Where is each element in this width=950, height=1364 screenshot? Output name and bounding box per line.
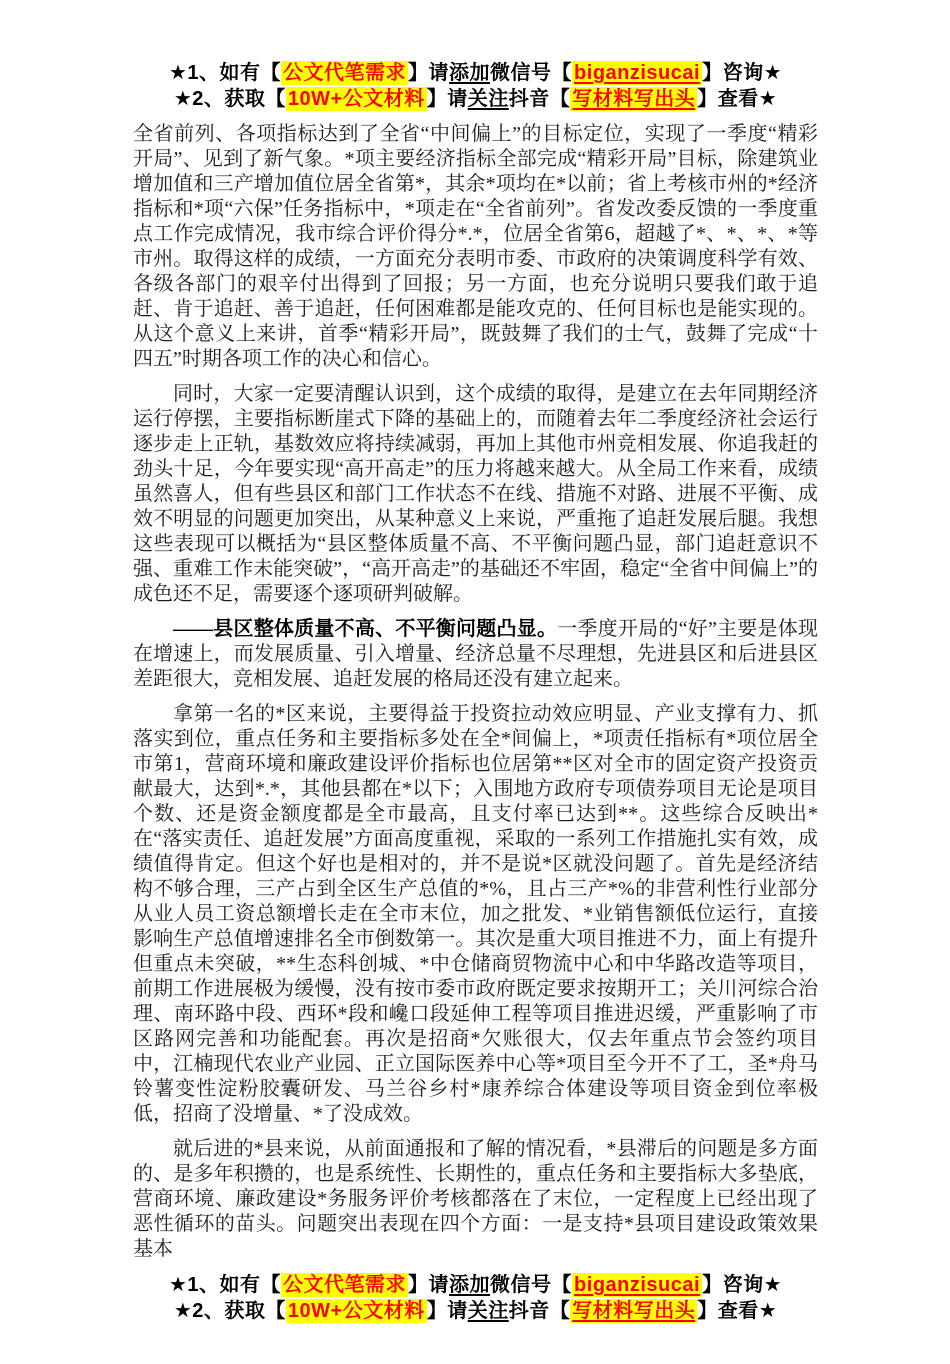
paragraph: ——县区整体质量不高、不平衡问题凸显。一季度开局的“好”主要是体现在增速上，而发… — [133, 617, 818, 692]
document-page: ★1、如有【公文代笔需求】请添加微信号【biganzisucai】咨询★ ★2、… — [0, 0, 950, 1364]
promo-highlight-service: 公文代笔需求 — [281, 1273, 408, 1297]
promo-text: 抖音【 — [509, 88, 571, 110]
promo-underline-add: 添加 — [449, 1274, 490, 1296]
promo-wechat-id: biganzisucai — [572, 1273, 702, 1297]
promo-footer-line-2: ★2、获取【10W+公文材料】请关注抖音【写材料写出头】查看★ — [133, 1298, 818, 1324]
promo-text: 】请 — [408, 62, 449, 84]
promo-text: 】查看★ — [697, 88, 777, 110]
promo-text: 】咨询★ — [702, 62, 782, 84]
document-body: 全省前列、各项指标达到了全省“中间偏上”的目标定位，实现了一季度“精彩开局”、见… — [133, 122, 818, 1262]
promo-highlight-materials: 10W+公文材料 — [286, 1299, 427, 1323]
paragraph: 同时，大家一定要清醒认识到，这个成绩的取得，是建立在去年同期经济运行停摆，主要指… — [133, 382, 818, 607]
promo-underline-add: 添加 — [449, 62, 490, 84]
promo-header-line-2: ★2、获取【10W+公文材料】请关注抖音【写材料写出头】查看★ — [133, 86, 818, 112]
promo-text: ★2、获取【 — [174, 1300, 286, 1322]
promo-footer-line-1: ★1、如有【公文代笔需求】请添加微信号【biganzisucai】咨询★ — [133, 1272, 818, 1298]
promo-douyin-id: 写材料写出头 — [570, 87, 697, 111]
promo-wechat-id: biganzisucai — [572, 61, 702, 85]
promo-header: ★1、如有【公文代笔需求】请添加微信号【biganzisucai】咨询★ ★2、… — [133, 60, 818, 112]
promo-highlight-materials: 10W+公文材料 — [286, 87, 427, 111]
promo-text: ★1、如有【 — [169, 62, 281, 84]
promo-text: ★1、如有【 — [169, 1274, 281, 1296]
paragraph: 全省前列、各项指标达到了全省“中间偏上”的目标定位，实现了一季度“精彩开局”、见… — [133, 122, 818, 372]
promo-highlight-service: 公文代笔需求 — [281, 61, 408, 85]
promo-text: ★2、获取【 — [174, 88, 286, 110]
promo-text: 】请 — [427, 88, 468, 110]
promo-text: 微信号【 — [490, 62, 572, 84]
promo-text: 】查看★ — [697, 1300, 777, 1322]
promo-text: 抖音【 — [509, 1300, 571, 1322]
promo-underline-follow: 关注 — [468, 88, 509, 110]
promo-text: 】咨询★ — [702, 1274, 782, 1296]
promo-text: 】请 — [427, 1300, 468, 1322]
promo-footer: ★1、如有【公文代笔需求】请添加微信号【biganzisucai】咨询★ ★2、… — [133, 1272, 818, 1324]
promo-underline-follow: 关注 — [468, 1300, 509, 1322]
paragraph: 就后进的*县来说，从前面通报和了解的情况看，*县滞后的问题是多方面的、是多年积攒… — [133, 1137, 818, 1262]
promo-header-line-1: ★1、如有【公文代笔需求】请添加微信号【biganzisucai】咨询★ — [133, 60, 818, 86]
paragraph: 拿第一名的*区来说，主要得益于投资拉动效应明显、产业支撑有力、抓落实到位，重点任… — [133, 702, 818, 1127]
promo-text: 微信号【 — [490, 1274, 572, 1296]
promo-douyin-id: 写材料写出头 — [570, 1299, 697, 1323]
promo-text: 】请 — [408, 1274, 449, 1296]
paragraph-bold-lead: ——县区整体质量不高、不平衡问题凸显。 — [173, 618, 557, 640]
